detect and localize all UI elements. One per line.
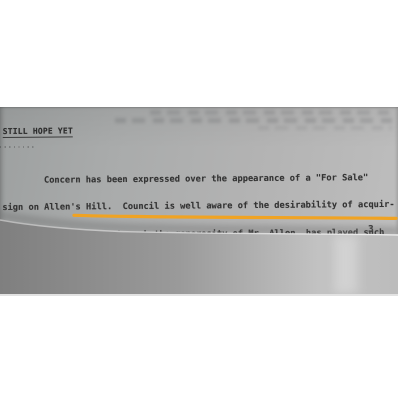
scanned-document-photo: STILL HOPE YET Concern has been expresse…	[0, 107, 398, 294]
photo-overlay	[0, 107, 398, 294]
screenshot-root: { "page": { "heading": "STILL HOPE YET",…	[0, 0, 400, 400]
reflection-streak	[334, 235, 358, 294]
photo-bottom-edge-strip	[0, 294, 398, 296]
highlighter-underline	[74, 215, 396, 218]
